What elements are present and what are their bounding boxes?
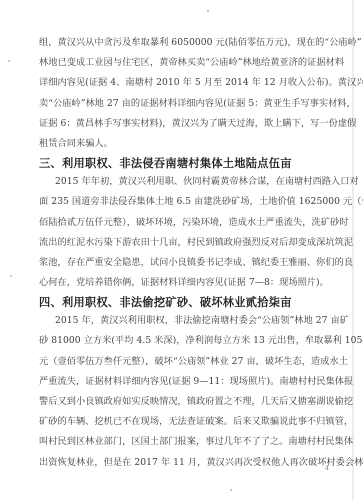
section-heading: 四、利用职权、非法偷挖矿砂、破坏林业贰拾柒亩 [39,293,326,311]
scan-speck [8,60,10,62]
paragraph-line: 林地已变成工业园与住宅区，黄帝林买卖“公庙岭”林地给黄亚济的证据材料 [39,53,326,73]
paragraph-line: 2015 年年初，黄汉兴利用职、伙同村霸黄帝林合谋，在南塘村西路入口对 [39,172,326,192]
paragraph-line: 矿砂的车辆、挖机已不在现场，无法查证破案。后来又欺骗说此事不归镇管， [39,412,326,432]
paragraph-line: 警后又到小良镇政府如实反映情况，镇政府置之不理，几天后又搪塞湖说偷挖 [39,392,326,412]
paragraph-line: 出资恢复林业，但是在 2017 年 11 月，黄汉兴再次受权他人再次破坏村委会林 [39,453,326,473]
paragraph-line: 组，黄汉兴从中贪污及牟取暴利 6050000 元(陆佰零伍万元)，现在的“公庙岭… [39,33,326,53]
scan-speck [207,10,209,12]
paragraph-line: 砂 81000 立方米(平均 4.5 米深)，净利润每立方米 13 元出售，牟取… [39,331,326,351]
paragraph-line: 租赁合同来骗人。 [39,134,326,154]
paragraph-line: 心何在，党培养错你俩，证据材料详细内容见(证据 7—8：现场照片)。 [39,273,326,293]
paragraph-line: 2015 年，黄汉兴利用职权，非法偷挖南塘村委会“公庙领”林地 27 亩矿 [39,311,326,331]
document-body: 组，黄汉兴从中贪污及牟取暴利 6050000 元(陆佰零伍万元)，现在的“公庙岭… [39,33,326,473]
scan-speck [230,489,232,491]
paragraph-line: 叫村民到区林业部门，区国土部门报案，事过几年不了了之。南塘村村民集体 [39,432,326,452]
paragraph-line: 流出的红泥水污染下游农田十几亩，村民到镇政府强烈反对后却变成深坑筑泥 [39,233,326,253]
paragraph-line: 证据 6：黄昌林手写事实材料)，黄汉兴为了瞒天过海，欺上瞒下，写一份虚假 [39,114,326,134]
paragraph-line: 浆池，存在严重安全隐患，试问小良镇委书记李成、镇纪委王雅丽、你们的良 [39,253,326,273]
section-heading: 三、利用职权、非法侵吞南塘村集体土地陆点伍亩 [39,154,326,172]
paragraph-line: 面 235 国道旁非法侵吞集体土地 6.5 亩建洗砂矿场，土地价值 162500… [39,192,326,212]
page-number: 4 [325,465,329,472]
paragraph-line: 严重流失，证据材料详细内容见(证据 9—11：现场照片)。南塘村村民集体报 [39,372,326,392]
paragraph-line: 元（壹佰零伍万叁仟元整），破坏“公庙领”林业 27 亩，破坏生态，造成水土 [39,352,326,372]
paragraph-line: 详细内容见(证据 4、南塘村 2010 年 5 月至 2014 年 12 月收入… [39,73,326,93]
paragraph-line: 卖“公庙岭”林地 27 亩的证据材料详细内容见(证据 5：黄亚生手写事实材料， [39,94,326,114]
paragraph-line: 佰陆拾贰万伍仟元整），破坏环境，污染环境，造成水土严重流失，洗矿砂时 [39,213,326,233]
scan-speck [10,275,12,277]
